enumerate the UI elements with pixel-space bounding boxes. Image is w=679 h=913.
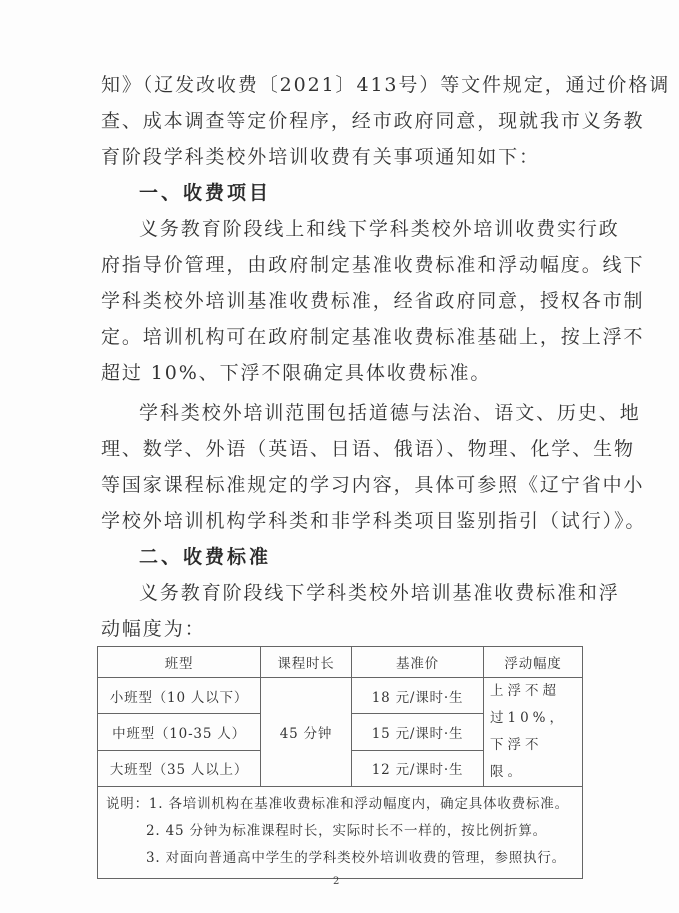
s1p1-line-5: 超过 10%、下浮不限确定具体收费标准。 [101,361,585,385]
notes-cell: 说明：1. 各培训机构在基准收费标准和浮动幅度内，确定具体收费标准。 2. 45… [98,787,583,879]
page-number: 2 [333,876,339,887]
header-duration: 课程时长 [261,647,352,678]
section-heading-fee-items: 一、收费项目 [139,181,271,205]
intro-line-3: 育阶段学科类校外培训收费有关事项通知如下： [101,145,585,169]
table-header-row: 班型 课程时长 基准价 浮动幅度 [98,647,583,678]
intro-line-2: 查、成本调查等定价程序，经市政府同意，现就我市义务教 [101,109,585,133]
notes-label: 说明： [106,796,149,812]
s1p1-line-1: 义务教育阶段线上和线下学科类校外培训收费实行政 [139,217,585,241]
price-small: 18 元/课时·生 [352,678,484,714]
s1p2-line-2: 理、数学、外语（英语、日语、俄语）、物理、化学、生物 [101,437,585,461]
header-float-range: 浮动幅度 [484,647,583,678]
note-item-3: 3. 对面向普通高中学生的学科类校外培训收费的管理，参照执行。 [106,845,574,872]
header-class-type: 班型 [98,647,261,678]
price-medium: 15 元/课时·生 [352,714,484,750]
fee-standard-table: 班型 课程时长 基准价 浮动幅度 小班型（10 人以下） 45 分钟 18 元/… [97,646,583,879]
s2p1-line-1: 义务教育阶段线下学科类校外培训基准收费标准和浮 [139,581,585,605]
class-type-large: 大班型（35 人以上） [98,750,261,786]
intro-line-1: 知》（辽发改收费〔2021〕413号）等文件规定，通过价格调 [101,73,585,97]
s1p2-line-3: 等国家课程标准规定的学习内容，具体可参照《辽宁省中小 [101,473,585,497]
section-heading-fee-standard: 二、收费标准 [139,545,271,569]
note-item-2: 2. 45 分钟为标准课程时长，实际时长不一样的，按比例折算。 [106,818,574,845]
class-type-small: 小班型（10 人以下） [98,678,261,714]
table-notes-row: 说明：1. 各培训机构在基准收费标准和浮动幅度内，确定具体收费标准。 2. 45… [98,787,583,879]
price-large: 12 元/课时·生 [352,750,484,786]
document-page: 知》（辽发改收费〔2021〕413号）等文件规定，通过价格调 查、成本调查等定价… [0,0,679,913]
header-base-price: 基准价 [352,647,484,678]
s2p1-line-2: 动幅度为： [101,617,585,641]
s1p1-line-4: 定。培训机构可在政府制定基准收费标准基础上，按上浮不 [101,325,585,349]
duration-cell: 45 分钟 [261,678,352,787]
note-item-1: 说明：1. 各培训机构在基准收费标准和浮动幅度内，确定具体收费标准。 [106,791,574,818]
s1p1-line-3: 学科类校外培训基准收费标准，经省政府同意，授权各市制 [101,289,585,313]
table-row: 小班型（10 人以下） 45 分钟 18 元/课时·生 上浮不超过10%，下浮不… [98,678,583,714]
s1p2-line-4: 学校外培训机构学科类和非学科类项目鉴别指引（试行）》。 [101,509,585,533]
float-range-cell: 上浮不超过10%，下浮不限。 [484,678,583,787]
class-type-medium: 中班型（10-35 人） [98,714,261,750]
s1p1-line-2: 府指导价管理，由政府制定基准收费标准和浮动幅度。线下 [101,253,585,277]
s1p2-line-1: 学科类校外培训范围包括道德与法治、语文、历史、地 [139,401,585,425]
note-text-1: 1. 各培训机构在基准收费标准和浮动幅度内，确定具体收费标准。 [149,796,569,812]
